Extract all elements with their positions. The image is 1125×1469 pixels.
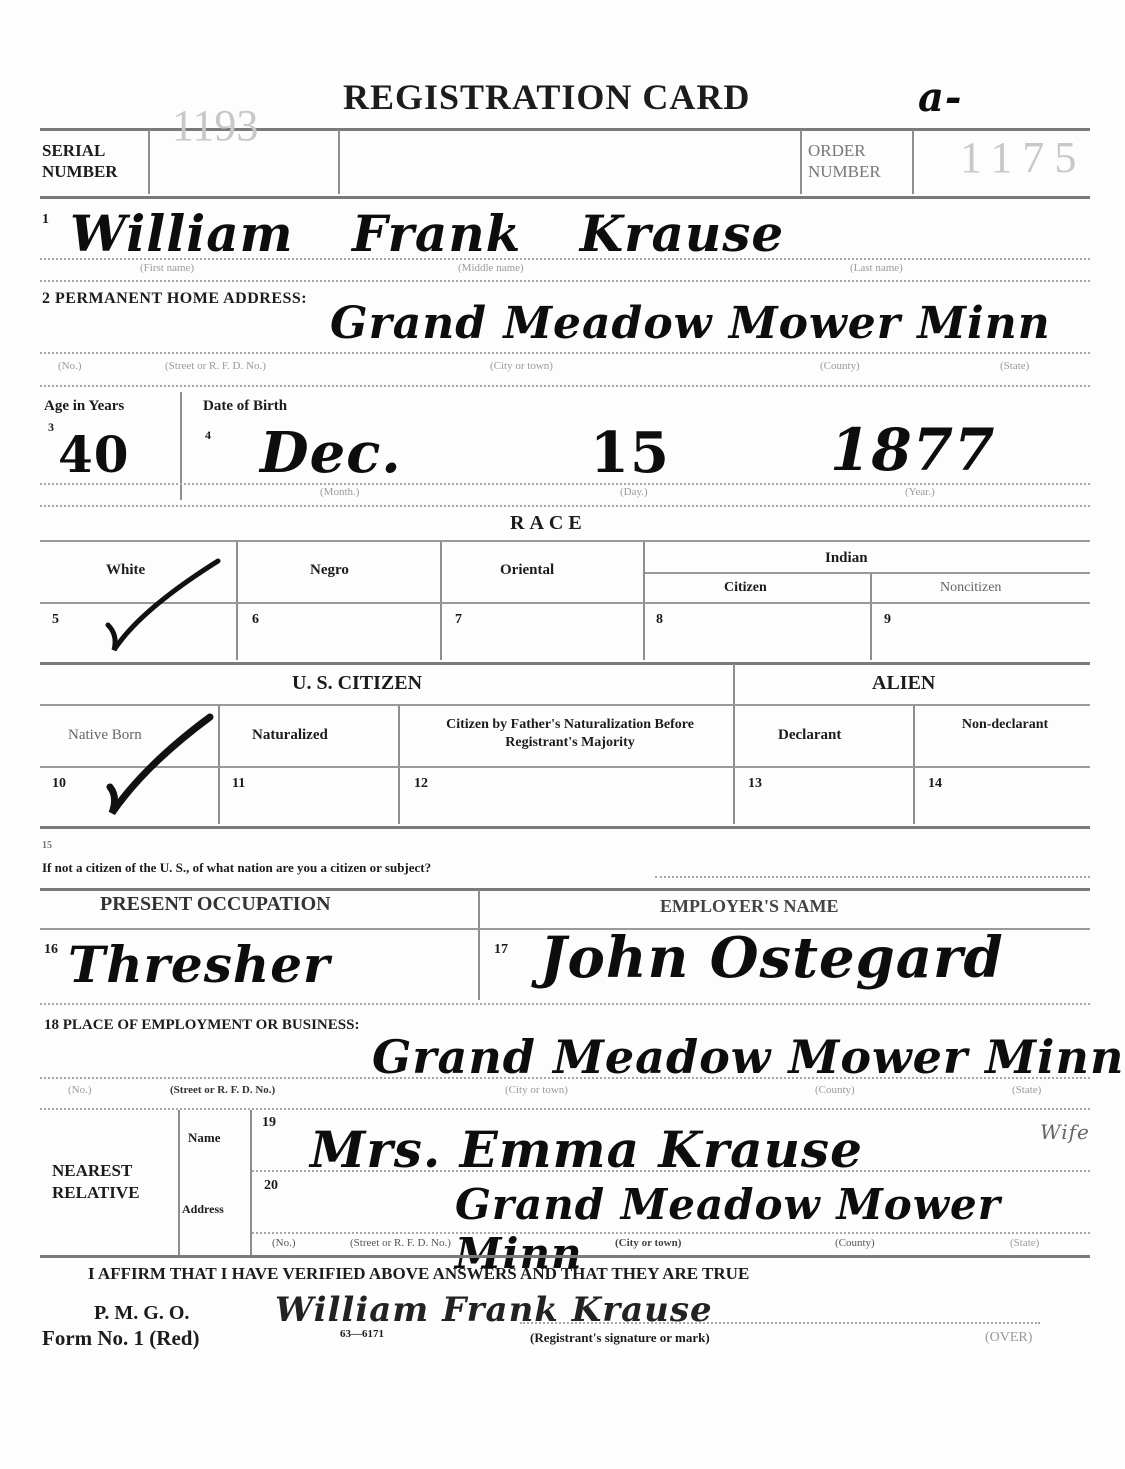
employer-value: John Ostegard	[540, 925, 1004, 991]
field-number-6: 6	[252, 612, 259, 628]
field-number-19: 19	[262, 1115, 276, 1131]
race-indian-citizen-label: Citizen	[724, 580, 767, 596]
employment-place-value: Grand Meadow Mower Minn	[372, 1030, 1124, 1084]
serial-number-label: SERIAL NUMBER	[42, 140, 142, 182]
dob-year: 1877	[830, 416, 995, 484]
relative-caption-state: (State)	[1010, 1237, 1039, 1249]
employment-place-label: 18 PLACE OF EMPLOYMENT OR BUSINESS:	[44, 1017, 359, 1034]
home-caption-county: (County)	[820, 360, 860, 372]
home-caption-no: (No.)	[58, 360, 82, 372]
relative-caption-no: (No.)	[272, 1237, 296, 1249]
dob-caption-year: (Year.)	[905, 486, 935, 498]
us-citizen-title: U. S. CITIZEN	[292, 672, 422, 695]
affirmation-text: I AFFIRM THAT I HAVE VERIFIED ABOVE ANSW…	[88, 1264, 749, 1284]
field-number-20: 20	[264, 1178, 278, 1194]
employment-caption-state: (State)	[1012, 1084, 1041, 1096]
field-number-14: 14	[928, 776, 942, 792]
employment-caption-city: (City or town)	[505, 1084, 568, 1096]
home-address-label: 2 PERMANENT HOME ADDRESS:	[42, 290, 307, 308]
home-caption-state: (State)	[1000, 360, 1029, 372]
employment-caption-no: (No.)	[68, 1084, 92, 1096]
home-caption-city: (City or town)	[490, 360, 553, 372]
employer-label: EMPLOYER'S NAME	[660, 896, 839, 917]
home-address-value: Grand Meadow Mower Minn	[330, 298, 1051, 349]
form-number: Form No. 1 (Red)	[42, 1326, 199, 1351]
naturalized-label: Naturalized	[252, 727, 328, 744]
occupation-label: PRESENT OCCUPATION	[100, 893, 331, 916]
signature-caption: (Registrant's signature or mark)	[530, 1330, 710, 1346]
relative-address-label: Address	[182, 1202, 224, 1217]
alien-title: ALIEN	[872, 672, 935, 695]
registrant-name: William Frank Krause	[70, 204, 784, 263]
field-number-15: 15	[42, 840, 52, 851]
field-number-17: 17	[494, 942, 508, 958]
occupation-value: Thresher	[68, 935, 330, 994]
dob-caption-day: (Day.)	[620, 486, 648, 498]
relative-caption-city: (City or town)	[615, 1237, 681, 1249]
field-number-5: 5	[52, 612, 59, 628]
over-label: (OVER)	[985, 1330, 1032, 1346]
relative-relation-note: Wife	[1040, 1120, 1090, 1144]
home-caption-street: (Street or R. F. D. No.)	[165, 360, 266, 372]
corner-mark: a-	[918, 74, 963, 121]
field-number-16: 16	[44, 942, 58, 958]
order-number-label: ORDER NUMBER	[808, 140, 908, 182]
name-caption-first: (First name)	[140, 262, 194, 274]
race-indian-noncitizen-label: Noncitizen	[940, 580, 1001, 596]
field-number-1: 1	[42, 212, 49, 228]
relative-caption-street: (Street or R. F. D. No.)	[350, 1237, 451, 1249]
employment-caption-county: (County)	[815, 1084, 855, 1096]
field-number-12: 12	[414, 776, 428, 792]
registrant-signature: William Frank Krause	[275, 1290, 713, 1330]
name-caption-last: (Last name)	[850, 262, 903, 274]
agency-label: P. M. G. O.	[94, 1302, 189, 1325]
checkmark-icon	[100, 705, 220, 820]
dob-caption-month: (Month.)	[320, 486, 359, 498]
field-number-7: 7	[455, 612, 462, 628]
race-indian-label: Indian	[825, 550, 868, 567]
race-oriental-label: Oriental	[500, 562, 554, 579]
name-caption-middle: (Middle name)	[458, 262, 524, 274]
dob-month: Dec.	[260, 420, 402, 486]
age-label: Age in Years	[44, 398, 124, 415]
field-number-13: 13	[748, 776, 762, 792]
card-title: REGISTRATION CARD	[343, 76, 750, 118]
race-title: RACE	[510, 512, 587, 535]
non-declarant-label: Non-declarant	[950, 716, 1060, 734]
serial-number-stamp: 1193	[172, 100, 258, 151]
field-number-8: 8	[656, 612, 663, 628]
dob-label: Date of Birth	[203, 398, 287, 415]
declarant-label: Declarant	[778, 727, 841, 744]
nearest-relative-label: NEAREST RELATIVE	[52, 1160, 172, 1204]
relative-name-label: Name	[188, 1130, 221, 1146]
race-negro-label: Negro	[310, 562, 349, 579]
nation-question: If not a citizen of the U. S., of what n…	[42, 860, 431, 876]
field-number-3: 3	[48, 420, 54, 435]
field-number-9: 9	[884, 612, 891, 628]
field-number-10: 10	[52, 776, 66, 792]
dob-day: 15	[590, 420, 670, 486]
father-naturalization-label: Citizen by Father's Naturalization Befor…	[420, 716, 720, 752]
order-number-stamp: 1175	[960, 132, 1086, 183]
age-value: 40	[58, 425, 130, 484]
employment-caption-street: (Street or R. F. D. No.)	[170, 1084, 275, 1096]
relative-caption-county: (County)	[835, 1237, 875, 1249]
field-number-4: 4	[205, 428, 211, 443]
print-code: 63—6171	[340, 1328, 384, 1340]
field-number-11: 11	[232, 776, 245, 792]
checkmark-icon	[100, 555, 230, 655]
